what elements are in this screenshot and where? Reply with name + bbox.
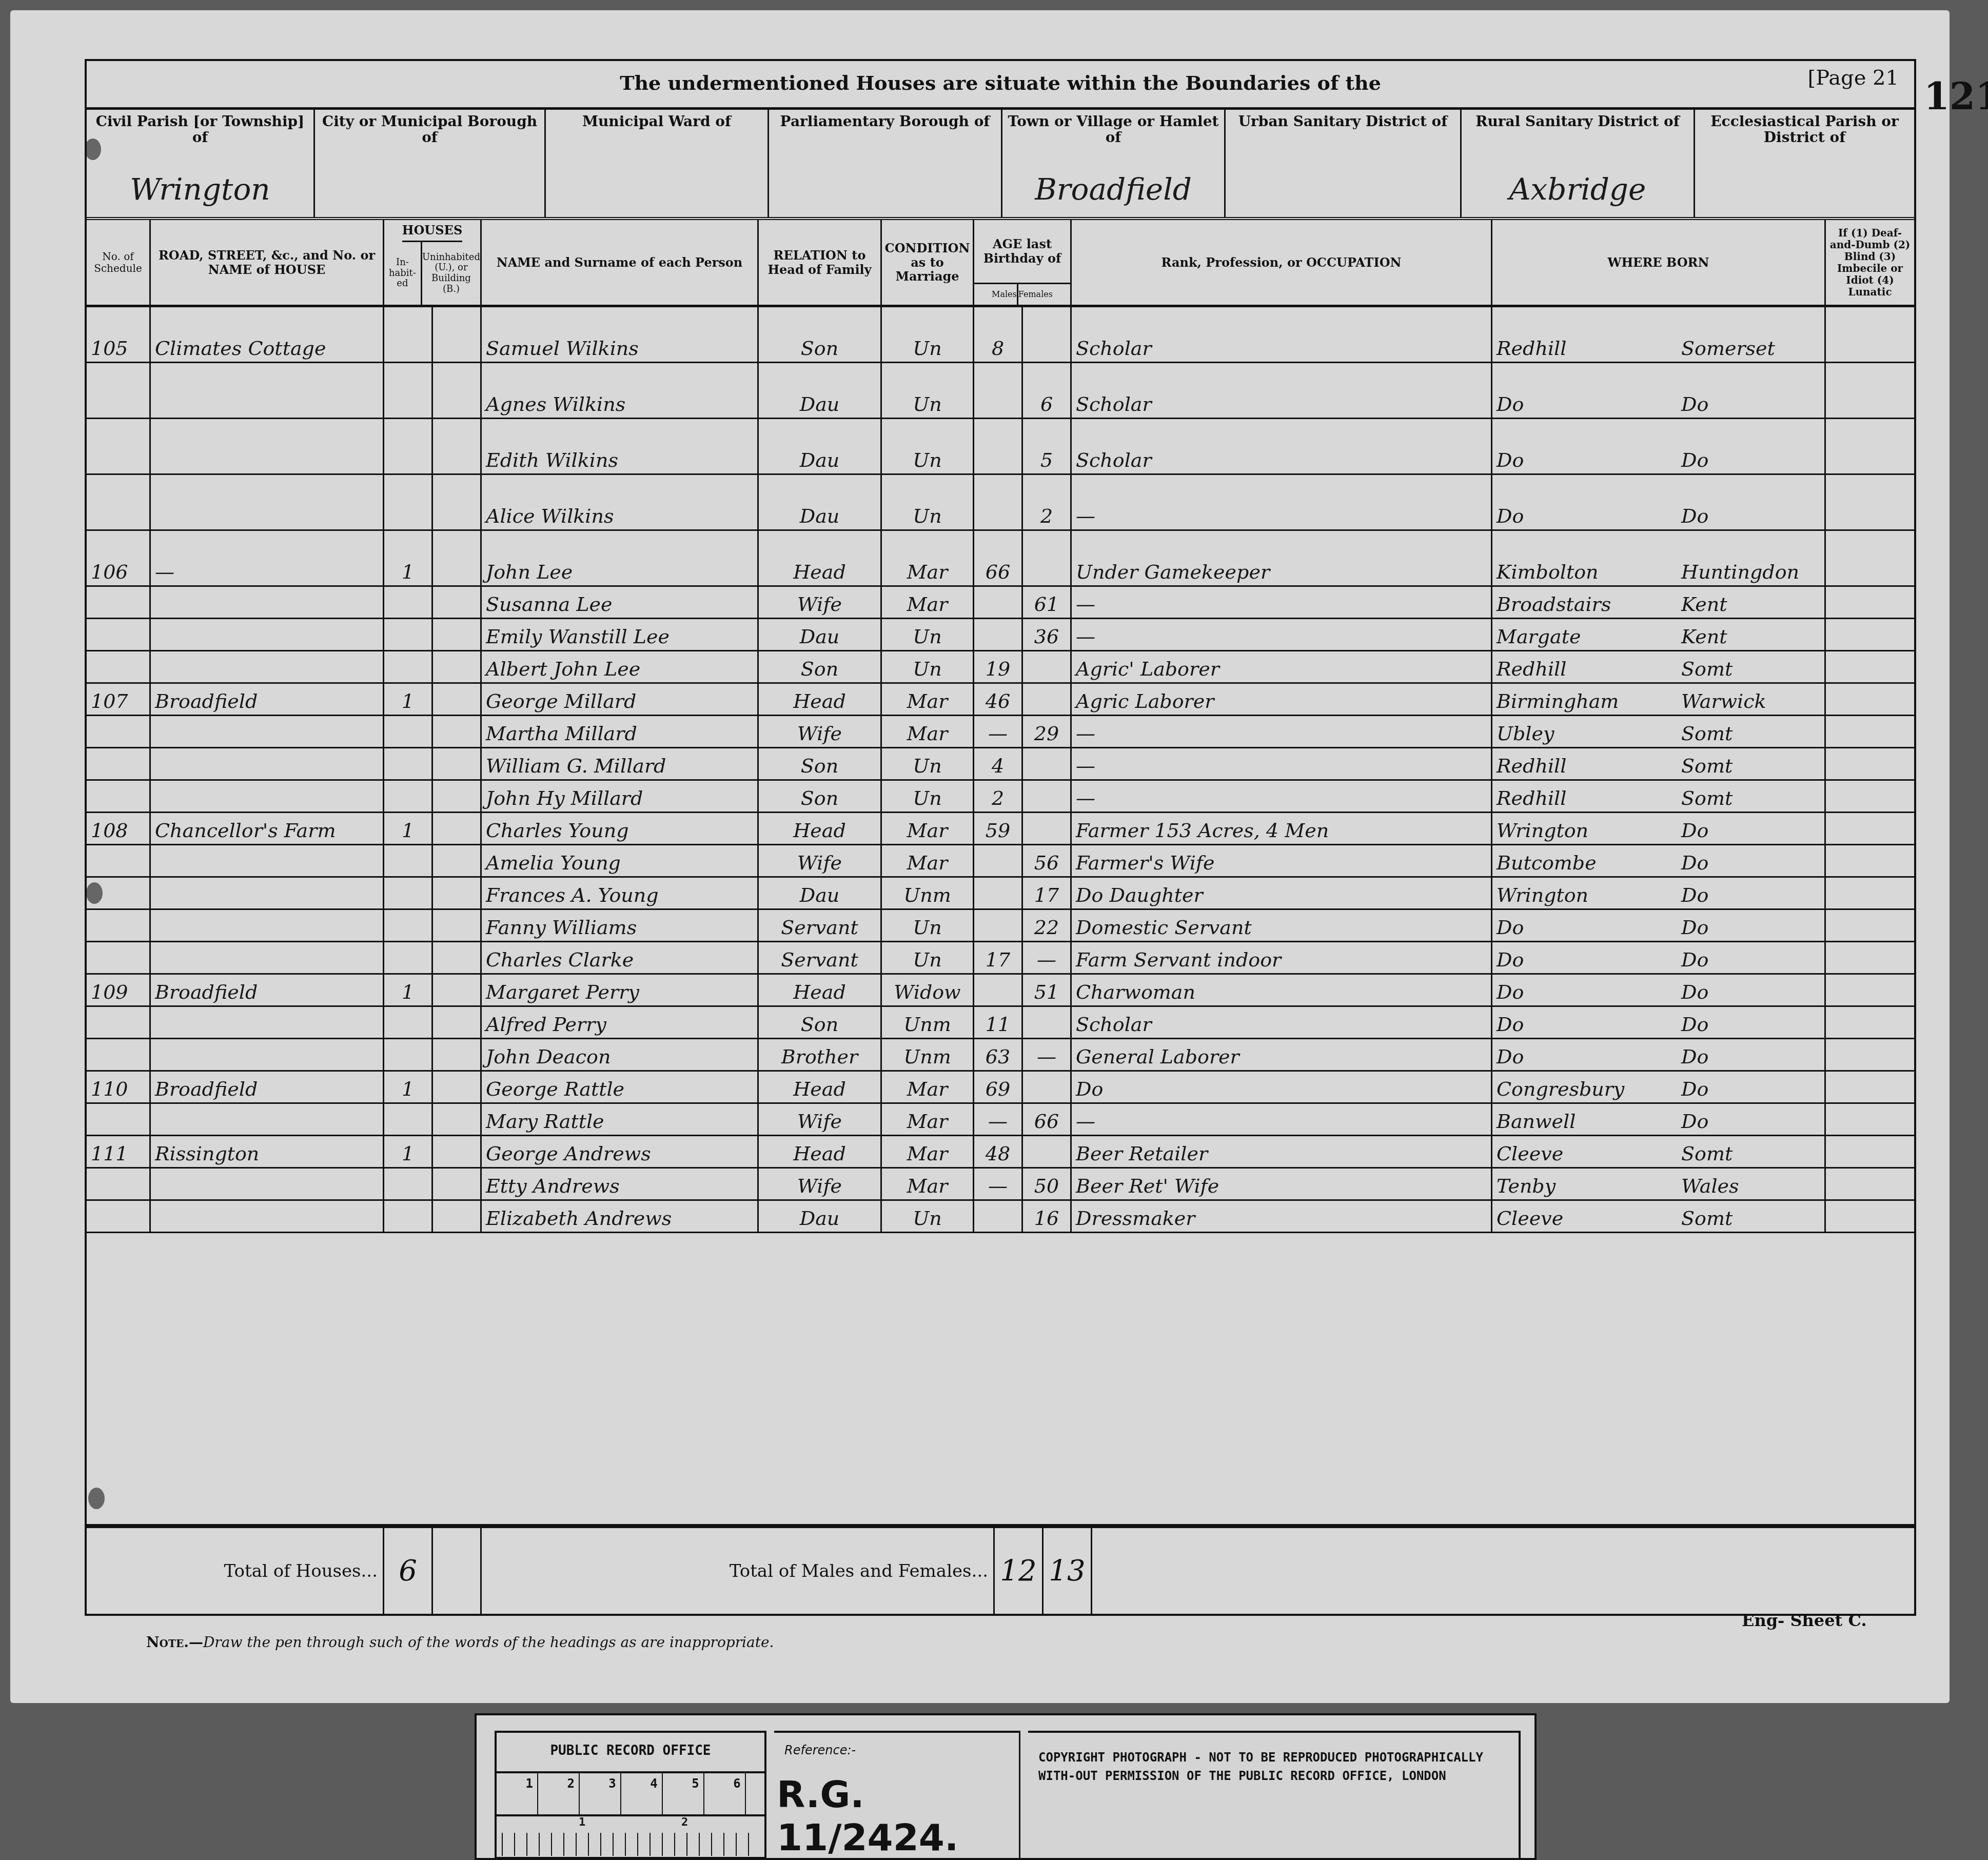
birthplace-county: Do xyxy=(1681,1013,1708,1036)
marital-condition-cell: Un xyxy=(882,419,974,473)
infirmity-cell xyxy=(1826,684,1914,715)
total-blank xyxy=(1092,1528,1914,1614)
infirmity-cell xyxy=(1826,975,1914,1005)
inhabited-cell xyxy=(384,651,433,682)
infirmity-cell xyxy=(1826,845,1914,876)
uninhabited-cell xyxy=(433,1201,482,1232)
birthplace-cell: DoDo xyxy=(1492,1039,1826,1070)
marital-condition-cell: Mar xyxy=(882,531,974,585)
age-male-cell: — xyxy=(974,1169,1023,1199)
house-name-cell xyxy=(151,651,384,682)
schedule-number-cell xyxy=(87,748,151,779)
relation-cell: Head xyxy=(759,684,882,715)
age-male-cell: 59 xyxy=(974,813,1023,844)
marital-condition-cell: Unm xyxy=(882,1007,974,1038)
infirmity-cell xyxy=(1826,531,1914,585)
birthplace-county: Do xyxy=(1681,852,1708,874)
inhabited-cell xyxy=(384,475,433,529)
schedule-number-cell: 106 xyxy=(87,531,151,585)
schedule-number-cell xyxy=(87,781,151,812)
schedule-number-cell xyxy=(87,475,151,529)
inhabited-cell xyxy=(384,942,433,973)
col-uninhabited: Uninhabited (U.), or Building (B.) xyxy=(422,242,480,305)
age-male-cell: 2 xyxy=(974,781,1023,812)
relation-cell: Wife xyxy=(759,1169,882,1199)
birthplace-county: Wales xyxy=(1681,1175,1739,1197)
relation-cell: Head xyxy=(759,1072,882,1102)
birthplace-cell: BroadstairsKent xyxy=(1492,587,1826,618)
marital-condition-cell: Mar xyxy=(882,1136,974,1167)
marital-condition-cell: Mar xyxy=(882,1104,974,1135)
col-road: ROAD, STREET, &c., and No. or NAME of HO… xyxy=(151,220,384,305)
birthplace-town: Do xyxy=(1497,505,1681,527)
marital-condition-cell: Un xyxy=(882,781,974,812)
birthplace-county: Do xyxy=(1681,884,1708,906)
birthplace-county: Do xyxy=(1681,505,1708,527)
person-name-cell: Albert John Lee xyxy=(482,651,759,682)
house-name-cell xyxy=(151,716,384,747)
reference-value: R.G. 11/2424. xyxy=(777,1773,1019,1859)
schedule-number-cell xyxy=(87,1104,151,1135)
birthplace-county: Do xyxy=(1681,981,1708,1003)
col-houses: HOUSES In-habit-ed Uninhabited (U.), or … xyxy=(384,220,482,305)
inhabited-cell xyxy=(384,587,433,618)
schedule-number-cell: 109 xyxy=(87,975,151,1005)
birthplace-cell: DoDo xyxy=(1492,975,1826,1005)
infirmity-cell xyxy=(1826,619,1914,650)
inhabited-cell: 1 xyxy=(384,813,433,844)
table-row: 109Broadfield1Margaret PerryHeadWidow51C… xyxy=(87,975,1914,1007)
inhabited-cell xyxy=(384,1169,433,1199)
house-name-cell xyxy=(151,1039,384,1070)
birthplace-cell: RedhillSomt xyxy=(1492,781,1826,812)
birthplace-county: Do xyxy=(1681,1078,1708,1100)
schedule-number-cell xyxy=(87,878,151,908)
inhabited-cell xyxy=(384,910,433,941)
table-row: 107Broadfield1George MillardHeadMar46Agr… xyxy=(87,684,1914,716)
table-row: John DeaconBrotherUnm63—General LaborerD… xyxy=(87,1039,1914,1072)
col-where-born: WHERE BORN xyxy=(1492,220,1826,305)
house-name-cell: Rissington xyxy=(151,1136,384,1167)
infirmity-cell xyxy=(1826,1136,1914,1167)
age-female-cell xyxy=(1023,307,1072,362)
inhabited-cell xyxy=(384,619,433,650)
infirmity-cell xyxy=(1826,587,1914,618)
birthplace-county: Do xyxy=(1681,916,1708,939)
birthplace-county: Kent xyxy=(1681,625,1727,648)
birthplace-cell: DoDo xyxy=(1492,363,1826,418)
relation-cell: Son xyxy=(759,307,882,362)
age-female-cell: 51 xyxy=(1023,975,1072,1005)
birthplace-town: Do xyxy=(1497,393,1681,415)
table-row: Edith WilkinsDauUn5ScholarDoDo xyxy=(87,419,1914,475)
person-name-cell: Margaret Perry xyxy=(482,975,759,1005)
uninhabited-cell xyxy=(433,716,482,747)
occupation-cell: Do xyxy=(1072,1072,1492,1102)
marital-condition-cell: Widow xyxy=(882,975,974,1005)
age-male-cell: — xyxy=(974,1104,1023,1135)
schedule-number-cell: 108 xyxy=(87,813,151,844)
birthplace-county: Somerset xyxy=(1681,337,1775,360)
relation-cell: Dau xyxy=(759,419,882,473)
infirmity-cell xyxy=(1826,1072,1914,1102)
table-row: Mary RattleWifeMar—66—BanwellDo xyxy=(87,1104,1914,1136)
birthplace-cell: MargateKent xyxy=(1492,619,1826,650)
age-female-cell: 61 xyxy=(1023,587,1072,618)
infirmity-cell xyxy=(1826,781,1914,812)
birthplace-cell: DoDo xyxy=(1492,1007,1826,1038)
uninhabited-cell xyxy=(433,1072,482,1102)
inhabited-cell: 1 xyxy=(384,1072,433,1102)
schedule-number-cell xyxy=(87,1201,151,1232)
age-female-cell: 50 xyxy=(1023,1169,1072,1199)
census-sheet: 121 The undermentioned Houses are situat… xyxy=(10,10,1950,1703)
person-name-cell: Etty Andrews xyxy=(482,1169,759,1199)
person-name-cell: John Deacon xyxy=(482,1039,759,1070)
occupation-cell: — xyxy=(1072,716,1492,747)
inhabited-cell xyxy=(384,716,433,747)
house-name-cell: Broadfield xyxy=(151,684,384,715)
boundary-value: Wrington xyxy=(97,172,303,207)
occupation-cell: — xyxy=(1072,475,1492,529)
birthplace-cell: TenbyWales xyxy=(1492,1169,1826,1199)
age-female-cell xyxy=(1023,1007,1072,1038)
birthplace-town: Broadstairs xyxy=(1497,593,1681,616)
occupation-cell: — xyxy=(1072,748,1492,779)
birthplace-town: Redhill xyxy=(1497,337,1681,360)
schedule-number-cell xyxy=(87,910,151,941)
table-row: 111Rissington1George AndrewsHeadMar48Bee… xyxy=(87,1136,1914,1169)
inhabited-cell: 1 xyxy=(384,1136,433,1167)
table-row: 105Climates CottageSamuel WilkinsSonUn8S… xyxy=(87,307,1914,363)
birthplace-county: Do xyxy=(1681,948,1708,971)
uninhabited-cell xyxy=(433,651,482,682)
col-condition: CONDITION as to Marriage xyxy=(882,220,974,305)
age-female-cell: 16 xyxy=(1023,1201,1072,1232)
infirmity-cell xyxy=(1826,307,1914,362)
age-female-cell: — xyxy=(1023,1039,1072,1070)
infirmity-cell xyxy=(1826,813,1914,844)
uninhabited-cell xyxy=(433,878,482,908)
age-female-cell: — xyxy=(1023,942,1072,973)
header-band: The undermentioned Houses are situate wi… xyxy=(87,61,1914,110)
footnote: Note.—Draw the pen through such of the w… xyxy=(146,1634,774,1651)
relation-cell: Dau xyxy=(759,1201,882,1232)
birthplace-town: Ubley xyxy=(1497,722,1681,745)
age-male-cell xyxy=(974,475,1023,529)
relation-cell: Servant xyxy=(759,942,882,973)
table-row: Charles ClarkeServantUn17—Farm Servant i… xyxy=(87,942,1914,975)
birthplace-county: Do xyxy=(1681,819,1708,842)
birthplace-town: Do xyxy=(1497,981,1681,1003)
age-male-cell xyxy=(974,587,1023,618)
table-row: Susanna LeeWifeMar61—BroadstairsKent xyxy=(87,587,1914,619)
house-name-cell xyxy=(151,781,384,812)
table-row: Emily Wanstill LeeDauUn36—MargateKent xyxy=(87,619,1914,651)
col-schedule: No. of Schedule xyxy=(87,220,151,305)
relation-cell: Son xyxy=(759,781,882,812)
age-female-cell: 66 xyxy=(1023,1104,1072,1135)
total-houses-value: 6 xyxy=(384,1528,433,1614)
schedule-number-cell xyxy=(87,619,151,650)
house-name-cell xyxy=(151,419,384,473)
age-male-cell: 17 xyxy=(974,942,1023,973)
person-name-cell: John Hy Millard xyxy=(482,781,759,812)
inhabited-cell xyxy=(384,307,433,362)
table-row: Elizabeth AndrewsDauUn16DressmakerCleeve… xyxy=(87,1201,1914,1233)
relation-cell: Wife xyxy=(759,1104,882,1135)
occupation-cell: Farm Servant indoor xyxy=(1072,942,1492,973)
infirmity-cell xyxy=(1826,475,1914,529)
house-name-cell xyxy=(151,1169,384,1199)
marital-condition-cell: Un xyxy=(882,748,974,779)
page-title: The undermentioned Houses are situate wi… xyxy=(87,71,1914,94)
uninhabited-cell xyxy=(433,910,482,941)
schedule-number-cell: 105 xyxy=(87,307,151,362)
birthplace-cell: DoDo xyxy=(1492,942,1826,973)
house-name-cell xyxy=(151,845,384,876)
person-name-cell: Mary Rattle xyxy=(482,1104,759,1135)
boundary-municipal-borough: City or Municipal Borough of xyxy=(315,110,546,217)
schedule-number-cell: 111 xyxy=(87,1136,151,1167)
birthplace-town: Do xyxy=(1497,449,1681,471)
birthplace-county: Somt xyxy=(1681,1142,1733,1165)
house-name-cell xyxy=(151,587,384,618)
occupation-cell: — xyxy=(1072,587,1492,618)
col-females: Females xyxy=(1018,284,1053,305)
pro-ruler-panel: PUBLIC RECORD OFFICE 1 2 3 4 5 6 1 2 xyxy=(495,1731,766,1859)
birthplace-town: Margate xyxy=(1497,625,1681,648)
infirmity-cell xyxy=(1826,910,1914,941)
census-rows: 105Climates CottageSamuel WilkinsSonUn8S… xyxy=(87,307,1914,1233)
birthplace-cell: BirminghamWarwick xyxy=(1492,684,1826,715)
relation-cell: Wife xyxy=(759,845,882,876)
folio-number: 121 xyxy=(1924,74,1988,118)
person-name-cell: Emily Wanstill Lee xyxy=(482,619,759,650)
occupation-cell: Domestic Servant xyxy=(1072,910,1492,941)
inhabited-cell xyxy=(384,845,433,876)
infirmity-cell xyxy=(1826,716,1914,747)
birthplace-town: Do xyxy=(1497,1013,1681,1036)
schedule-number-cell xyxy=(87,1007,151,1038)
house-name-cell xyxy=(151,910,384,941)
birthplace-county: Somt xyxy=(1681,787,1733,809)
age-female-cell: 36 xyxy=(1023,619,1072,650)
birthplace-cell: CleeveSomt xyxy=(1492,1201,1826,1232)
person-name-cell: John Lee xyxy=(482,531,759,585)
relation-cell: Brother xyxy=(759,1039,882,1070)
boundary-urban-sanitary: Urban Sanitary District of xyxy=(1226,110,1462,217)
infirmity-cell xyxy=(1826,363,1914,418)
uninhabited-cell xyxy=(433,684,482,715)
age-male-cell: 8 xyxy=(974,307,1023,362)
occupation-cell: Agric Laborer xyxy=(1072,684,1492,715)
total-uninhabited xyxy=(433,1528,482,1614)
ruler-cm: 1 2 xyxy=(497,1815,764,1856)
boundaries-row: Civil Parish [or Township] of Wrington C… xyxy=(87,110,1914,220)
relation-cell: Wife xyxy=(759,587,882,618)
infirmity-cell xyxy=(1826,419,1914,473)
person-name-cell: Agnes Wilkins xyxy=(482,363,759,418)
birthplace-county: Do xyxy=(1681,449,1708,471)
age-male-cell: — xyxy=(974,716,1023,747)
uninhabited-cell xyxy=(433,975,482,1005)
age-male-cell xyxy=(974,910,1023,941)
occupation-cell: Do Daughter xyxy=(1072,878,1492,908)
occupation-cell: Under Gamekeeper xyxy=(1072,531,1492,585)
house-name-cell xyxy=(151,1104,384,1135)
person-name-cell: Susanna Lee xyxy=(482,587,759,618)
schedule-number-cell xyxy=(87,716,151,747)
relation-cell: Son xyxy=(759,748,882,779)
house-name-cell: Chancellor's Farm xyxy=(151,813,384,844)
occupation-cell: — xyxy=(1072,619,1492,650)
occupation-cell: General Laborer xyxy=(1072,1039,1492,1070)
table-row: John Hy MillardSonUn2—RedhillSomt xyxy=(87,781,1914,813)
schedule-number-cell xyxy=(87,942,151,973)
birthplace-town: Redhill xyxy=(1497,787,1681,809)
uninhabited-cell xyxy=(433,748,482,779)
boundary-ecclesiastical: Ecclesiastical Parish or District of xyxy=(1695,110,1914,217)
col-name: NAME and Surname of each Person xyxy=(482,220,759,305)
person-name-cell: Alfred Perry xyxy=(482,1007,759,1038)
uninhabited-cell xyxy=(433,619,482,650)
birthplace-cell: ButcombeDo xyxy=(1492,845,1826,876)
person-name-cell: William G. Millard xyxy=(482,748,759,779)
birthplace-cell: RedhillSomerset xyxy=(1492,307,1826,362)
boundary-rural-sanitary: Rural Sanitary District of Axbridge xyxy=(1462,110,1695,217)
census-form: The undermentioned Houses are situate wi… xyxy=(85,59,1916,1616)
table-row: Martha MillardWifeMar—29—UbleySomt xyxy=(87,716,1914,748)
page-number: [Page 21 xyxy=(1808,66,1899,90)
infirmity-cell xyxy=(1826,1039,1914,1070)
birthplace-cell: KimboltonHuntingdon xyxy=(1492,531,1826,585)
total-persons-label: Total of Males and Females... xyxy=(482,1528,995,1614)
age-male-cell xyxy=(974,845,1023,876)
age-female-cell: 29 xyxy=(1023,716,1072,747)
total-females-value: 13 xyxy=(1044,1528,1092,1614)
age-male-cell: 4 xyxy=(974,748,1023,779)
birthplace-cell: DoDo xyxy=(1492,910,1826,941)
relation-cell: Dau xyxy=(759,475,882,529)
ruler-inches: 1 2 3 4 5 6 xyxy=(497,1771,764,1816)
relation-cell: Wife xyxy=(759,716,882,747)
birthplace-county: Do xyxy=(1681,393,1708,415)
birthplace-town: Congresbury xyxy=(1497,1078,1681,1100)
age-male-cell xyxy=(974,975,1023,1005)
house-name-cell xyxy=(151,942,384,973)
age-male-cell: 11 xyxy=(974,1007,1023,1038)
marital-condition-cell: Un xyxy=(882,651,974,682)
relation-cell: Head xyxy=(759,1136,882,1167)
marital-condition-cell: Mar xyxy=(882,587,974,618)
reference-panel: Reference:- R.G. 11/2424. xyxy=(774,1731,1020,1859)
inhabited-cell xyxy=(384,363,433,418)
birthplace-county: Warwick xyxy=(1681,690,1766,713)
birthplace-county: Somt xyxy=(1681,658,1733,680)
inhabited-cell xyxy=(384,781,433,812)
birthplace-town: Wrington xyxy=(1497,819,1681,842)
age-female-cell: 22 xyxy=(1023,910,1072,941)
marital-condition-cell: Mar xyxy=(882,716,974,747)
house-name-cell: Broadfield xyxy=(151,975,384,1005)
birthplace-town: Redhill xyxy=(1497,658,1681,680)
inhabited-cell: 1 xyxy=(384,684,433,715)
col-occupation: Rank, Profession, or OCCUPATION xyxy=(1072,220,1492,305)
marital-condition-cell: Mar xyxy=(882,684,974,715)
boundary-municipal-ward: Municipal Ward of xyxy=(546,110,769,217)
house-name-cell xyxy=(151,748,384,779)
infirmity-cell xyxy=(1826,1007,1914,1038)
age-female-cell xyxy=(1023,748,1072,779)
inhabited-cell: 1 xyxy=(384,975,433,1005)
relation-cell: Dau xyxy=(759,878,882,908)
inhabited-cell xyxy=(384,1201,433,1232)
inhabited-cell xyxy=(384,748,433,779)
birthplace-cell: RedhillSomt xyxy=(1492,748,1826,779)
uninhabited-cell xyxy=(433,307,482,362)
relation-cell: Son xyxy=(759,1007,882,1038)
uninhabited-cell xyxy=(433,475,482,529)
total-houses-label: Total of Houses... xyxy=(87,1528,384,1614)
birthplace-cell: DoDo xyxy=(1492,475,1826,529)
age-female-cell: 56 xyxy=(1023,845,1072,876)
birthplace-cell: RedhillSomt xyxy=(1492,651,1826,682)
relation-cell: Dau xyxy=(759,619,882,650)
age-female-cell xyxy=(1023,1136,1072,1167)
birthplace-town: Kimbolton xyxy=(1497,561,1681,583)
birthplace-cell: CongresburyDo xyxy=(1492,1072,1826,1102)
birthplace-town: Butcombe xyxy=(1497,852,1681,874)
schedule-number-cell xyxy=(87,419,151,473)
occupation-cell: Charwoman xyxy=(1072,975,1492,1005)
person-name-cell: Amelia Young xyxy=(482,845,759,876)
pro-title: PUBLIC RECORD OFFICE xyxy=(497,1743,764,1758)
age-male-cell xyxy=(974,419,1023,473)
birthplace-cell: WringtonDo xyxy=(1492,878,1826,908)
age-female-cell: 2 xyxy=(1023,475,1072,529)
age-male-cell: 48 xyxy=(974,1136,1023,1167)
schedule-number-cell xyxy=(87,1169,151,1199)
age-male-cell xyxy=(974,1201,1023,1232)
uninhabited-cell xyxy=(433,813,482,844)
relation-cell: Dau xyxy=(759,363,882,418)
age-female-cell xyxy=(1023,1072,1072,1102)
house-name-cell xyxy=(151,1007,384,1038)
marital-condition-cell: Unm xyxy=(882,1039,974,1070)
occupation-cell: Scholar xyxy=(1072,307,1492,362)
birthplace-county: Huntingdon xyxy=(1681,561,1799,583)
infirmity-cell xyxy=(1826,748,1914,779)
marital-condition-cell: Un xyxy=(882,910,974,941)
birthplace-county: Somt xyxy=(1681,722,1733,745)
relation-cell: Head xyxy=(759,975,882,1005)
birthplace-town: Birmingham xyxy=(1497,690,1681,713)
birthplace-county: Somt xyxy=(1681,1207,1733,1230)
occupation-cell: Farmer's Wife xyxy=(1072,845,1492,876)
age-female-cell xyxy=(1023,531,1072,585)
marital-condition-cell: Un xyxy=(882,1201,974,1232)
table-row: 110Broadfield1George RattleHeadMar69DoCo… xyxy=(87,1072,1914,1104)
occupation-cell: Farmer 153 Acres, 4 Men xyxy=(1072,813,1492,844)
person-name-cell: Edith Wilkins xyxy=(482,419,759,473)
col-infirmity: If (1) Deaf-and-Dumb (2) Blind (3) Imbec… xyxy=(1826,220,1914,305)
inhabited-cell xyxy=(384,1007,433,1038)
table-row: 106—1John LeeHeadMar66Under GamekeeperKi… xyxy=(87,531,1914,587)
occupation-cell: Scholar xyxy=(1072,1007,1492,1038)
house-name-cell xyxy=(151,878,384,908)
house-name-cell: Climates Cottage xyxy=(151,307,384,362)
